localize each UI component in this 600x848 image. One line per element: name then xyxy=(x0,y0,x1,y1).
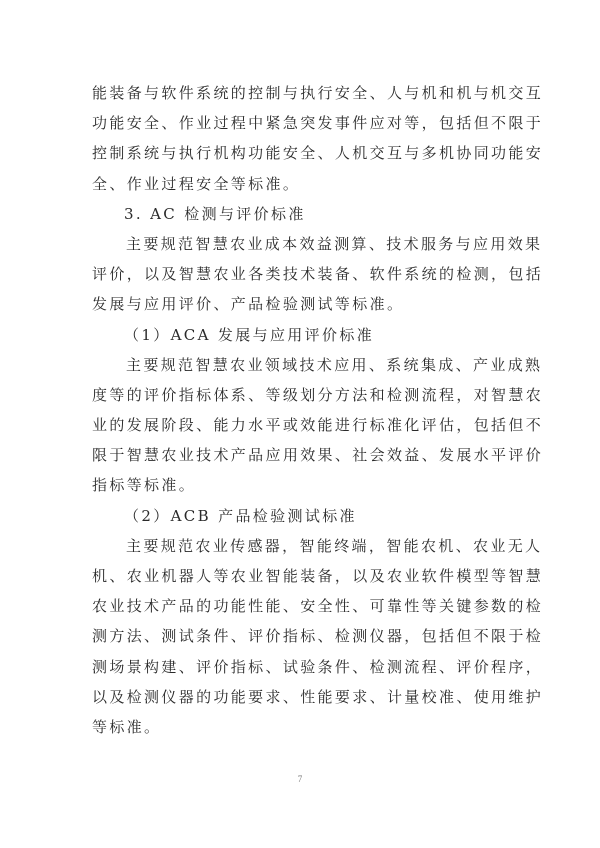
section-aca: （1）ACA 发展与应用评价标准 主要规范智慧农业领域技术应用、系统集成、产业成… xyxy=(92,320,512,501)
section-acb: （2）ACB 产品检验测试标准 主要规范农业传感器，智能终端，智能农机、农业无人… xyxy=(92,501,512,743)
text-line: 测方法、测试条件、评价指标、检测仪器，包括但不限于检 xyxy=(92,621,512,651)
document-body: 能装备与软件系统的控制与执行安全、人与机和机与机交互 功能安全、作业过程中紧急突… xyxy=(92,78,512,742)
page-number: 7 xyxy=(0,774,600,784)
section-ac: 3. AC 检测与评价标准 主要规范智慧农业成本效益测算、技术服务与应用效果 评… xyxy=(92,199,512,320)
text-line: 农业技术产品的功能性能、安全性、可靠性等关键参数的检 xyxy=(92,591,512,621)
section-heading: 3. AC 检测与评价标准 xyxy=(92,199,512,229)
continuation-paragraph: 能装备与软件系统的控制与执行安全、人与机和机与机交互 功能安全、作业过程中紧急突… xyxy=(92,78,512,199)
text-line: 等标准。 xyxy=(92,712,512,742)
text-line: 指标等标准。 xyxy=(92,470,512,500)
text-line: 限于智慧农业技术产品应用效果、社会效益、发展水平评价 xyxy=(92,440,512,470)
text-line: 控制系统与执行机构功能安全、人机交互与多机协同功能安 xyxy=(92,138,512,168)
text-line: 发展与应用评价、产品检验测试等标准。 xyxy=(92,289,512,319)
text-line: 全、作业过程安全等标准。 xyxy=(92,169,512,199)
text-line: 机、农业机器人等农业智能装备，以及农业软件模型等智慧 xyxy=(92,561,512,591)
text-line: 主要规范农业传感器，智能终端，智能农机、农业无人 xyxy=(92,531,512,561)
text-line: 业的发展阶段、能力水平或效能进行标准化评估，包括但不 xyxy=(92,410,512,440)
text-line: 评价，以及智慧农业各类技术装备、软件系统的检测，包括 xyxy=(92,259,512,289)
text-line: 功能安全、作业过程中紧急突发事件应对等，包括但不限于 xyxy=(92,108,512,138)
subsection-heading: （2）ACB 产品检验测试标准 xyxy=(92,501,512,531)
text-line: 主要规范智慧农业成本效益测算、技术服务与应用效果 xyxy=(92,229,512,259)
text-line: 测场景构建、评价指标、试验条件、检测流程、评价程序， xyxy=(92,652,512,682)
subsection-heading: （1）ACA 发展与应用评价标准 xyxy=(92,320,512,350)
text-line: 能装备与软件系统的控制与执行安全、人与机和机与机交互 xyxy=(92,78,512,108)
text-line: 度等的评价指标体系、等级划分方法和检测流程，对智慧农 xyxy=(92,380,512,410)
text-line: 以及检测仪器的功能要求、性能要求、计量校准、使用维护 xyxy=(92,682,512,712)
text-line: 主要规范智慧农业领域技术应用、系统集成、产业成熟 xyxy=(92,350,512,380)
